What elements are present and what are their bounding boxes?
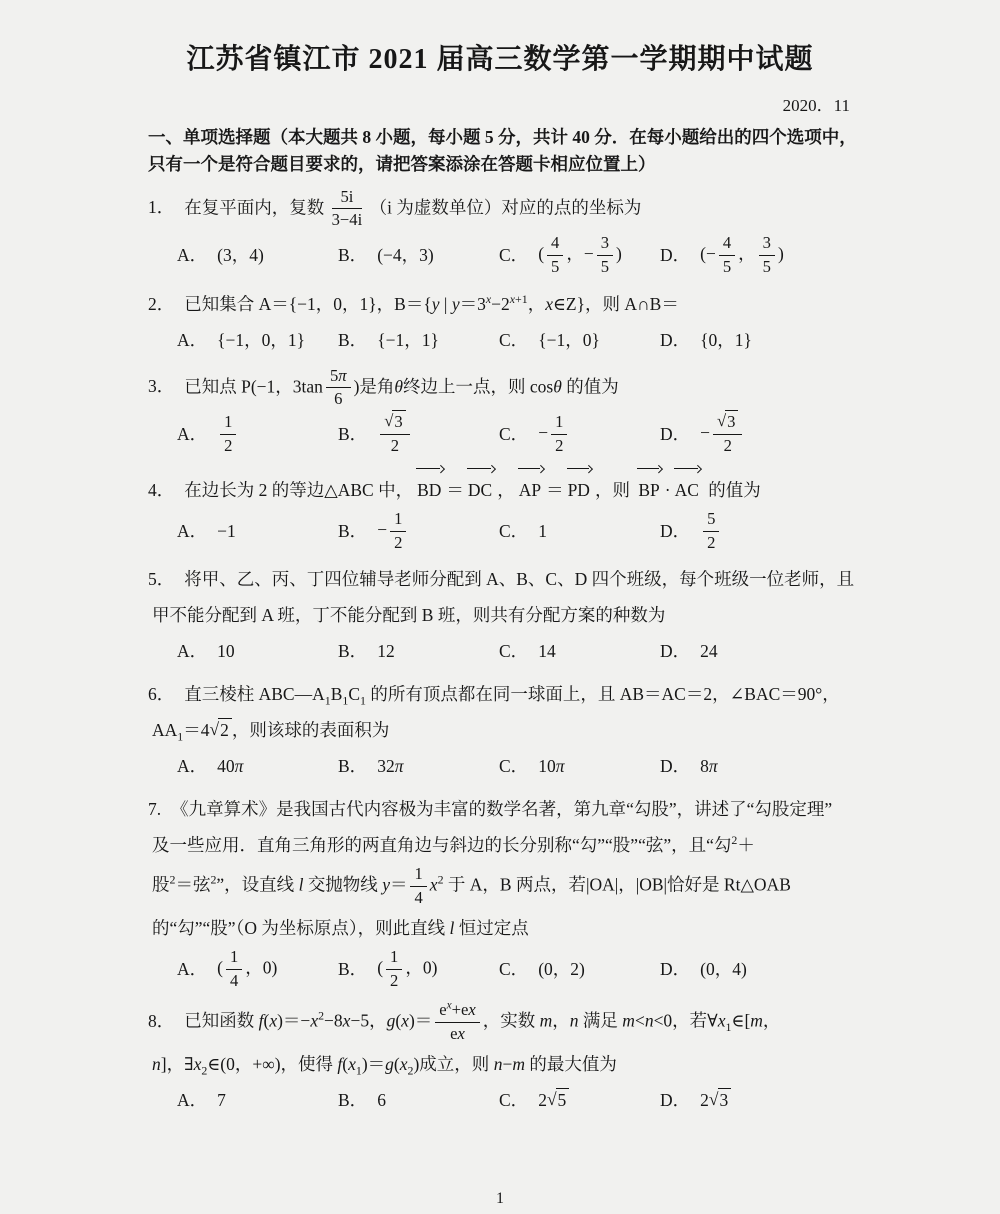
option-text: {−1，1} [377, 322, 439, 358]
questions-list: 1．在复平面内，复数 5i3−4i （i 为虚数单位）对应的点的坐标为A．(3，… [148, 186, 940, 1119]
exam-page: 江苏省镇江市 2021 届高三数学第一学期期中试题 2020．11 一、单项选择… [0, 0, 1000, 1214]
math-variable: x [468, 1000, 475, 1019]
options-row: A．10B．12C．14D．24 [148, 633, 940, 669]
option-label: D． [660, 322, 690, 358]
options-row: A．7B．6C．2√5D．2√3 [148, 1082, 940, 1118]
option-D: D．−√32 [660, 411, 745, 458]
square-root: √3 [717, 412, 738, 431]
option-text: (−45，35) [700, 232, 784, 279]
option-label: C． [499, 633, 528, 669]
option-text: 32π [377, 748, 403, 784]
option-text: {0，1} [700, 322, 752, 358]
options-row: A．40πB．32πC．10πD．8π [148, 748, 940, 784]
options-row: A．{−1，0，1}B．{−1，1}C．{−1，0}D．{0，1} [148, 322, 940, 358]
fraction-denominator: 3−4i [332, 209, 363, 231]
option-label: D． [660, 1082, 690, 1118]
radical-sign: √ [717, 411, 726, 432]
math-variable: n [152, 1054, 161, 1074]
fraction-numerator: √3 [380, 412, 409, 435]
radicand: 5 [556, 1088, 570, 1110]
option-A: A．−1 [177, 513, 338, 549]
option-label: D． [660, 416, 690, 452]
option-text: 12 [217, 411, 239, 458]
subscript: 1 [177, 730, 183, 744]
option-text: 2√3 [700, 1082, 731, 1118]
option-D: D．8π [660, 748, 718, 784]
vector-overarrow: PD [565, 465, 594, 508]
question-2: 2．已知集合 A＝{−1，0，1}，B＝{y | y＝3x−2x+1，x∈Z}，… [148, 286, 940, 358]
math-variable: n [494, 1054, 503, 1074]
question-number: 7. [148, 799, 161, 819]
math-variable: π [395, 756, 404, 776]
option-label: C． [499, 513, 528, 549]
section-heading: 一、单项选择题（本大题共 8 小题，每小题 5 分，共计 40 分．在每小题给出… [148, 124, 940, 178]
fraction-denominator: 5 [597, 256, 613, 278]
option-A: A．7 [177, 1082, 338, 1118]
option-C: C．1 [499, 513, 660, 549]
fraction-denominator: 2 [390, 532, 406, 554]
option-label: A． [177, 322, 207, 358]
stem-line: 8．已知函数 f(x)＝−x2−8x−5，g(x)＝ex+exex，实数 m，n… [148, 999, 940, 1046]
option-text: (45，−35) [538, 232, 622, 279]
page-number: 1 [0, 1190, 1000, 1208]
math-variable: l [449, 918, 454, 938]
fraction-numerator: 4 [547, 233, 563, 256]
option-B: B．−12 [338, 508, 499, 555]
option-C: C．(0，2) [499, 951, 660, 987]
option-label: B． [338, 951, 367, 987]
math-variable: θ [553, 376, 562, 396]
question-number: 6． [148, 684, 174, 704]
question-7: 7.《九章算术》是我国古代内容极为丰富的数学名著，第九章“勾股”，讲述了“勾股定… [148, 791, 940, 992]
option-text: (−4，3) [377, 237, 434, 273]
option-B: B．{−1，1} [338, 322, 499, 358]
radicand: 3 [392, 410, 405, 431]
math-variable: m [750, 1011, 763, 1031]
option-label: B． [338, 416, 367, 452]
stem-line: n]，∃x2∈(0，+∞)，使得 f(x1)＝g(x2)成立，则 n−m 的最大… [148, 1046, 940, 1082]
math-variable: n [645, 1011, 654, 1031]
fraction: 5i3−4i [332, 187, 363, 232]
option-text: 1 [538, 513, 547, 549]
square-root: √3 [384, 412, 405, 431]
option-text: 40π [217, 748, 243, 784]
math-variable: x [269, 1011, 277, 1031]
fraction-numerator: 1 [551, 412, 567, 435]
math-variable: π [235, 756, 244, 776]
question-5: 5．将甲、乙、丙、丁四位辅导老师分配到 A、B、C、D 四个班级，每个班级一位老… [148, 561, 940, 669]
option-label: C． [499, 1082, 528, 1118]
fraction: 12 [220, 412, 236, 457]
math-variable: x [545, 294, 553, 314]
math-variable: f [337, 1054, 342, 1074]
option-text: {−1，0} [538, 322, 600, 358]
option-A: A．(3，4) [177, 237, 338, 273]
option-text: 8π [700, 748, 718, 784]
stem-line: 及一些应用．直角三角形的两直角边与斜边的长分别称“勾”“股”“弦”，且“勾2＋ [148, 827, 940, 863]
fraction-denominator: ex [435, 1023, 480, 1045]
math-variable: x [400, 1054, 408, 1074]
option-text: (3，4) [217, 237, 264, 273]
fraction: 45 [547, 233, 563, 278]
superscript: 2 [210, 873, 216, 887]
math-variable: l [299, 875, 304, 895]
vector-overarrow: DC [465, 465, 496, 508]
option-text: 14 [538, 633, 556, 669]
fraction-denominator: 5 [547, 256, 563, 278]
stem-line: 7.《九章算术》是我国古代内容极为丰富的数学名著，第九章“勾股”，讲述了“勾股定… [148, 791, 940, 827]
radicand: 3 [725, 410, 738, 431]
fraction-denominator: 5 [759, 256, 775, 278]
option-text: 6 [377, 1082, 386, 1118]
option-text: (14，0) [217, 946, 277, 993]
fraction: √32 [713, 412, 742, 457]
option-B: B．(−4，3) [338, 237, 499, 273]
option-label: C． [499, 951, 528, 987]
fraction-numerator: ex+ex [435, 1000, 480, 1023]
subscript: 1 [726, 1020, 732, 1034]
math-variable: n [570, 1011, 579, 1031]
option-label: C． [499, 237, 528, 273]
radical-sign: √ [209, 711, 219, 747]
superscript: 2 [318, 1009, 324, 1023]
option-label: D． [660, 951, 690, 987]
option-label: B． [338, 237, 367, 273]
option-text: −12 [538, 411, 570, 458]
section-heading-line1: 一、单项选择题（本大题共 8 小题，每小题 5 分，共计 40 分．在每小题给出… [148, 124, 940, 151]
option-label: A． [177, 1082, 207, 1118]
fraction: 35 [597, 233, 613, 278]
option-B: B．32π [338, 748, 499, 784]
question-stem: 7.《九章算术》是我国古代内容极为丰富的数学名著，第九章“勾股”，讲述了“勾股定… [148, 791, 940, 946]
question-number: 1． [148, 197, 174, 217]
section-heading-line2: 只有一个是符合题目要求的，请把答案添涂在答题卡相应位置上） [148, 151, 940, 178]
option-D: D．24 [660, 633, 718, 669]
math-variable: π [556, 756, 565, 776]
square-root: √5 [547, 1090, 569, 1110]
option-B: B．(12，0) [338, 946, 499, 993]
fraction-numerator: 5i [332, 187, 363, 210]
question-stem: 4．在边长为 2 的等边△ABC 中，BD＝DC，AP＝PD，则 BP·AC 的… [148, 465, 940, 508]
option-label: A． [177, 633, 207, 669]
fraction-denominator: 2 [703, 532, 719, 554]
subscript: 2 [201, 1064, 207, 1078]
question-6: 6．直三棱柱 ABC—A1B1C1 的所有顶点都在同一球面上，且 AB＝AC＝2… [148, 676, 940, 784]
square-root: √3 [709, 1090, 731, 1110]
question-stem: 6．直三棱柱 ABC—A1B1C1 的所有顶点都在同一球面上，且 AB＝AC＝2… [148, 676, 940, 748]
question-stem: 3．已知点 P(−1，3tan5π6)是角θ终边上一点，则 cosθ 的值为 [148, 365, 940, 412]
option-text: −√32 [700, 411, 745, 458]
superscript: x [447, 1000, 452, 1012]
question-4: 4．在边长为 2 的等边△ABC 中，BD＝DC，AP＝PD，则 BP·AC 的… [148, 465, 940, 555]
question-stem: 5．将甲、乙、丙、丁四位辅导老师分配到 A、B、C、D 四个班级，每个班级一位老… [148, 561, 940, 633]
subscript: 1 [325, 694, 331, 708]
option-text: (0，4) [700, 951, 747, 987]
question-8: 8．已知函数 f(x)＝−x2−8x−5，g(x)＝ex+exex，实数 m，n… [148, 999, 940, 1118]
vector-overarrow: BP [635, 465, 663, 508]
option-C: C．2√5 [499, 1082, 660, 1118]
radicand: 2 [218, 718, 232, 740]
option-label: A． [177, 237, 207, 273]
option-label: C． [499, 416, 528, 452]
fraction: 12 [390, 509, 406, 554]
option-label: B． [338, 748, 367, 784]
math-variable: x [718, 1011, 726, 1031]
math-variable: y [452, 294, 460, 314]
option-text: 52 [700, 508, 722, 555]
fraction-denominator: 2 [380, 435, 409, 457]
page-title: 江苏省镇江市 2021 届高三数学第一学期期中试题 [0, 19, 1000, 77]
superscript: 2 [731, 833, 737, 847]
math-variable: x [458, 1024, 465, 1043]
fraction: √32 [380, 412, 409, 457]
option-label: B． [338, 1082, 367, 1118]
options-row: A．−1B．−12C．1D．52 [148, 508, 940, 555]
stem-line: 股2＝弦2”，设直线 l 交抛物线 y＝14x2 于 A，B 两点，若|OA|，… [148, 863, 940, 910]
superscript: 2 [170, 873, 176, 887]
option-label: C． [499, 748, 528, 784]
math-variable: π [338, 366, 346, 385]
fraction-denominator: 4 [410, 887, 426, 909]
fraction-denominator: 4 [226, 970, 242, 992]
option-label: B． [338, 633, 367, 669]
question-3: 3．已知点 P(−1，3tan5π6)是角θ终边上一点，则 cosθ 的值为A．… [148, 365, 940, 458]
math-variable: x [510, 292, 515, 306]
math-variable: m [622, 1011, 635, 1031]
option-C: C．(45，−35) [499, 232, 660, 279]
stem-line: 4．在边长为 2 的等边△ABC 中，BD＝DC，AP＝PD，则 BP·AC 的… [148, 465, 940, 508]
superscript: x [486, 292, 491, 306]
question-stem: 1．在复平面内，复数 5i3−4i （i 为虚数单位）对应的点的坐标为 [148, 186, 940, 233]
vector-overarrow: AP [516, 465, 545, 508]
question-stem: 2．已知集合 A＝{−1，0，1}，B＝{y | y＝3x−2x+1，x∈Z}，… [148, 286, 940, 322]
option-D: D．52 [660, 508, 722, 555]
stem-line: 3．已知点 P(−1，3tan5π6)是角θ终边上一点，则 cosθ 的值为 [148, 365, 940, 412]
math-variable: x [310, 1011, 318, 1031]
option-D: D．(−45，35) [660, 232, 784, 279]
option-D: D．{0，1} [660, 322, 752, 358]
option-C: C．14 [499, 633, 660, 669]
vector-overarrow: BD [414, 465, 445, 508]
option-label: A． [177, 748, 207, 784]
fraction-numerator: 1 [410, 864, 426, 887]
question-number: 8． [148, 1011, 174, 1031]
option-text: 10π [538, 748, 564, 784]
options-row: A．12B．√32C．−12D．−√32 [148, 411, 940, 458]
fraction: 12 [551, 412, 567, 457]
option-text: {−1，0，1} [217, 322, 305, 358]
option-text: 7 [217, 1082, 226, 1118]
option-label: C． [499, 322, 528, 358]
exam-date: 2020．11 [0, 96, 1000, 116]
options-row: A．(14，0)B．(12，0)C．(0，2)D．(0，4) [148, 946, 940, 993]
square-root: √2 [209, 720, 231, 740]
fraction: 45 [719, 233, 735, 278]
stem-line: 6．直三棱柱 ABC—A1B1C1 的所有顶点都在同一球面上，且 AB＝AC＝2… [148, 676, 940, 712]
option-label: A． [177, 951, 207, 987]
question-number: 3． [148, 376, 174, 396]
option-label: D． [660, 237, 690, 273]
subscript: 1 [356, 1064, 362, 1078]
math-variable: x [430, 875, 438, 895]
question-number: 2． [148, 294, 174, 314]
math-variable: g [385, 1054, 394, 1074]
math-variable: x [343, 1011, 351, 1031]
question-stem: 8．已知函数 f(x)＝−x2−8x−5，g(x)＝ex+exex，实数 m，n… [148, 999, 940, 1082]
math-variable: x [447, 1000, 452, 1012]
math-variable: g [387, 1011, 396, 1031]
option-C: C．10π [499, 748, 660, 784]
fraction-denominator: 6 [326, 388, 351, 410]
fraction-denominator: 2 [386, 970, 402, 992]
fraction-numerator: 5π [326, 366, 351, 389]
option-text: −1 [217, 513, 236, 549]
fraction-denominator: 2 [551, 435, 567, 457]
option-label: D． [660, 748, 690, 784]
stem-line: 的“勾”“股”（O 为坐标原点），则此直线 l 恒过定点 [148, 910, 940, 946]
fraction-numerator: 1 [226, 947, 242, 970]
stem-line: 5．将甲、乙、丙、丁四位辅导老师分配到 A、B、C、D 四个班级，每个班级一位老… [148, 561, 940, 597]
fraction-denominator: 2 [713, 435, 742, 457]
option-text: −12 [377, 508, 409, 555]
math-variable: m [512, 1054, 525, 1074]
stem-line: 2．已知集合 A＝{−1，0，1}，B＝{y | y＝3x−2x+1，x∈Z}，… [148, 286, 940, 322]
math-variable: m [540, 1011, 553, 1031]
option-text: 12 [377, 633, 395, 669]
fraction-denominator: 2 [220, 435, 236, 457]
stem-line: AA1＝4√2，则该球的表面积为 [148, 712, 940, 748]
radical-sign: √ [709, 1081, 719, 1117]
radical-sign: √ [384, 411, 393, 432]
option-label: D． [660, 633, 690, 669]
fraction: 14 [226, 947, 242, 992]
fraction: 14 [410, 864, 426, 909]
fraction: 5π6 [326, 366, 351, 411]
math-variable: π [709, 756, 718, 776]
option-C: C．−12 [499, 411, 660, 458]
fraction: ex+exex [435, 1000, 480, 1045]
fraction-denominator: 5 [719, 256, 735, 278]
question-number: 5． [148, 569, 174, 589]
math-variable: f [259, 1011, 264, 1031]
superscript: 2 [438, 873, 444, 887]
option-B: B．12 [338, 633, 499, 669]
question-1: 1．在复平面内，复数 5i3−4i （i 为虚数单位）对应的点的坐标为A．(3，… [148, 186, 940, 279]
fraction-numerator: 1 [390, 509, 406, 532]
stem-line: 1．在复平面内，复数 5i3−4i （i 为虚数单位）对应的点的坐标为 [148, 186, 940, 233]
math-variable: x [486, 292, 491, 306]
option-text: (12，0) [377, 946, 437, 993]
radicand: 3 [718, 1088, 732, 1110]
option-label: A． [177, 416, 207, 452]
subscript: 1 [360, 694, 366, 708]
fraction-numerator: 1 [220, 412, 236, 435]
option-D: D．(0，4) [660, 951, 747, 987]
option-A: A．(14，0) [177, 946, 338, 993]
superscript: x+1 [510, 292, 528, 306]
fraction-numerator: 1 [386, 947, 402, 970]
fraction-numerator: 3 [597, 233, 613, 256]
option-text: 10 [217, 633, 235, 669]
option-B: B．6 [338, 1082, 499, 1118]
option-label: B． [338, 513, 367, 549]
option-text: 2√5 [538, 1082, 569, 1118]
math-variable: y [432, 294, 440, 314]
fraction-numerator: 5 [703, 509, 719, 532]
fraction: 12 [386, 947, 402, 992]
subscript: 2 [408, 1064, 414, 1078]
fraction: 35 [759, 233, 775, 278]
option-label: D． [660, 513, 690, 549]
vector-overarrow: AC [672, 465, 703, 508]
options-row: A．(3，4)B．(−4，3)C．(45，−35)D．(−45，35) [148, 232, 940, 279]
option-text: √32 [377, 411, 412, 458]
option-A: A．10 [177, 633, 338, 669]
option-A: A．12 [177, 411, 338, 458]
fraction-numerator: 3 [759, 233, 775, 256]
math-variable: y [382, 875, 390, 895]
fraction: 52 [703, 509, 719, 554]
math-variable: x [401, 1011, 409, 1031]
math-variable: x [348, 1054, 356, 1074]
option-label: B． [338, 322, 367, 358]
option-B: B．√32 [338, 411, 499, 458]
subscript: 1 [342, 694, 348, 708]
option-text: (0，2) [538, 951, 585, 987]
option-label: A． [177, 513, 207, 549]
fraction-numerator: 4 [719, 233, 735, 256]
fraction-numerator: √3 [713, 412, 742, 435]
option-text: 24 [700, 633, 718, 669]
option-A: A．{−1，0，1} [177, 322, 338, 358]
math-variable: θ [394, 376, 403, 396]
stem-line: 甲不能分配到 A 班，丁不能分配到 B 班，则共有分配方案的种数为 [148, 597, 940, 633]
option-C: C．{−1，0} [499, 322, 660, 358]
question-number: 4． [148, 480, 174, 500]
option-D: D．2√3 [660, 1082, 731, 1118]
option-A: A．40π [177, 748, 338, 784]
radical-sign: √ [547, 1081, 557, 1117]
